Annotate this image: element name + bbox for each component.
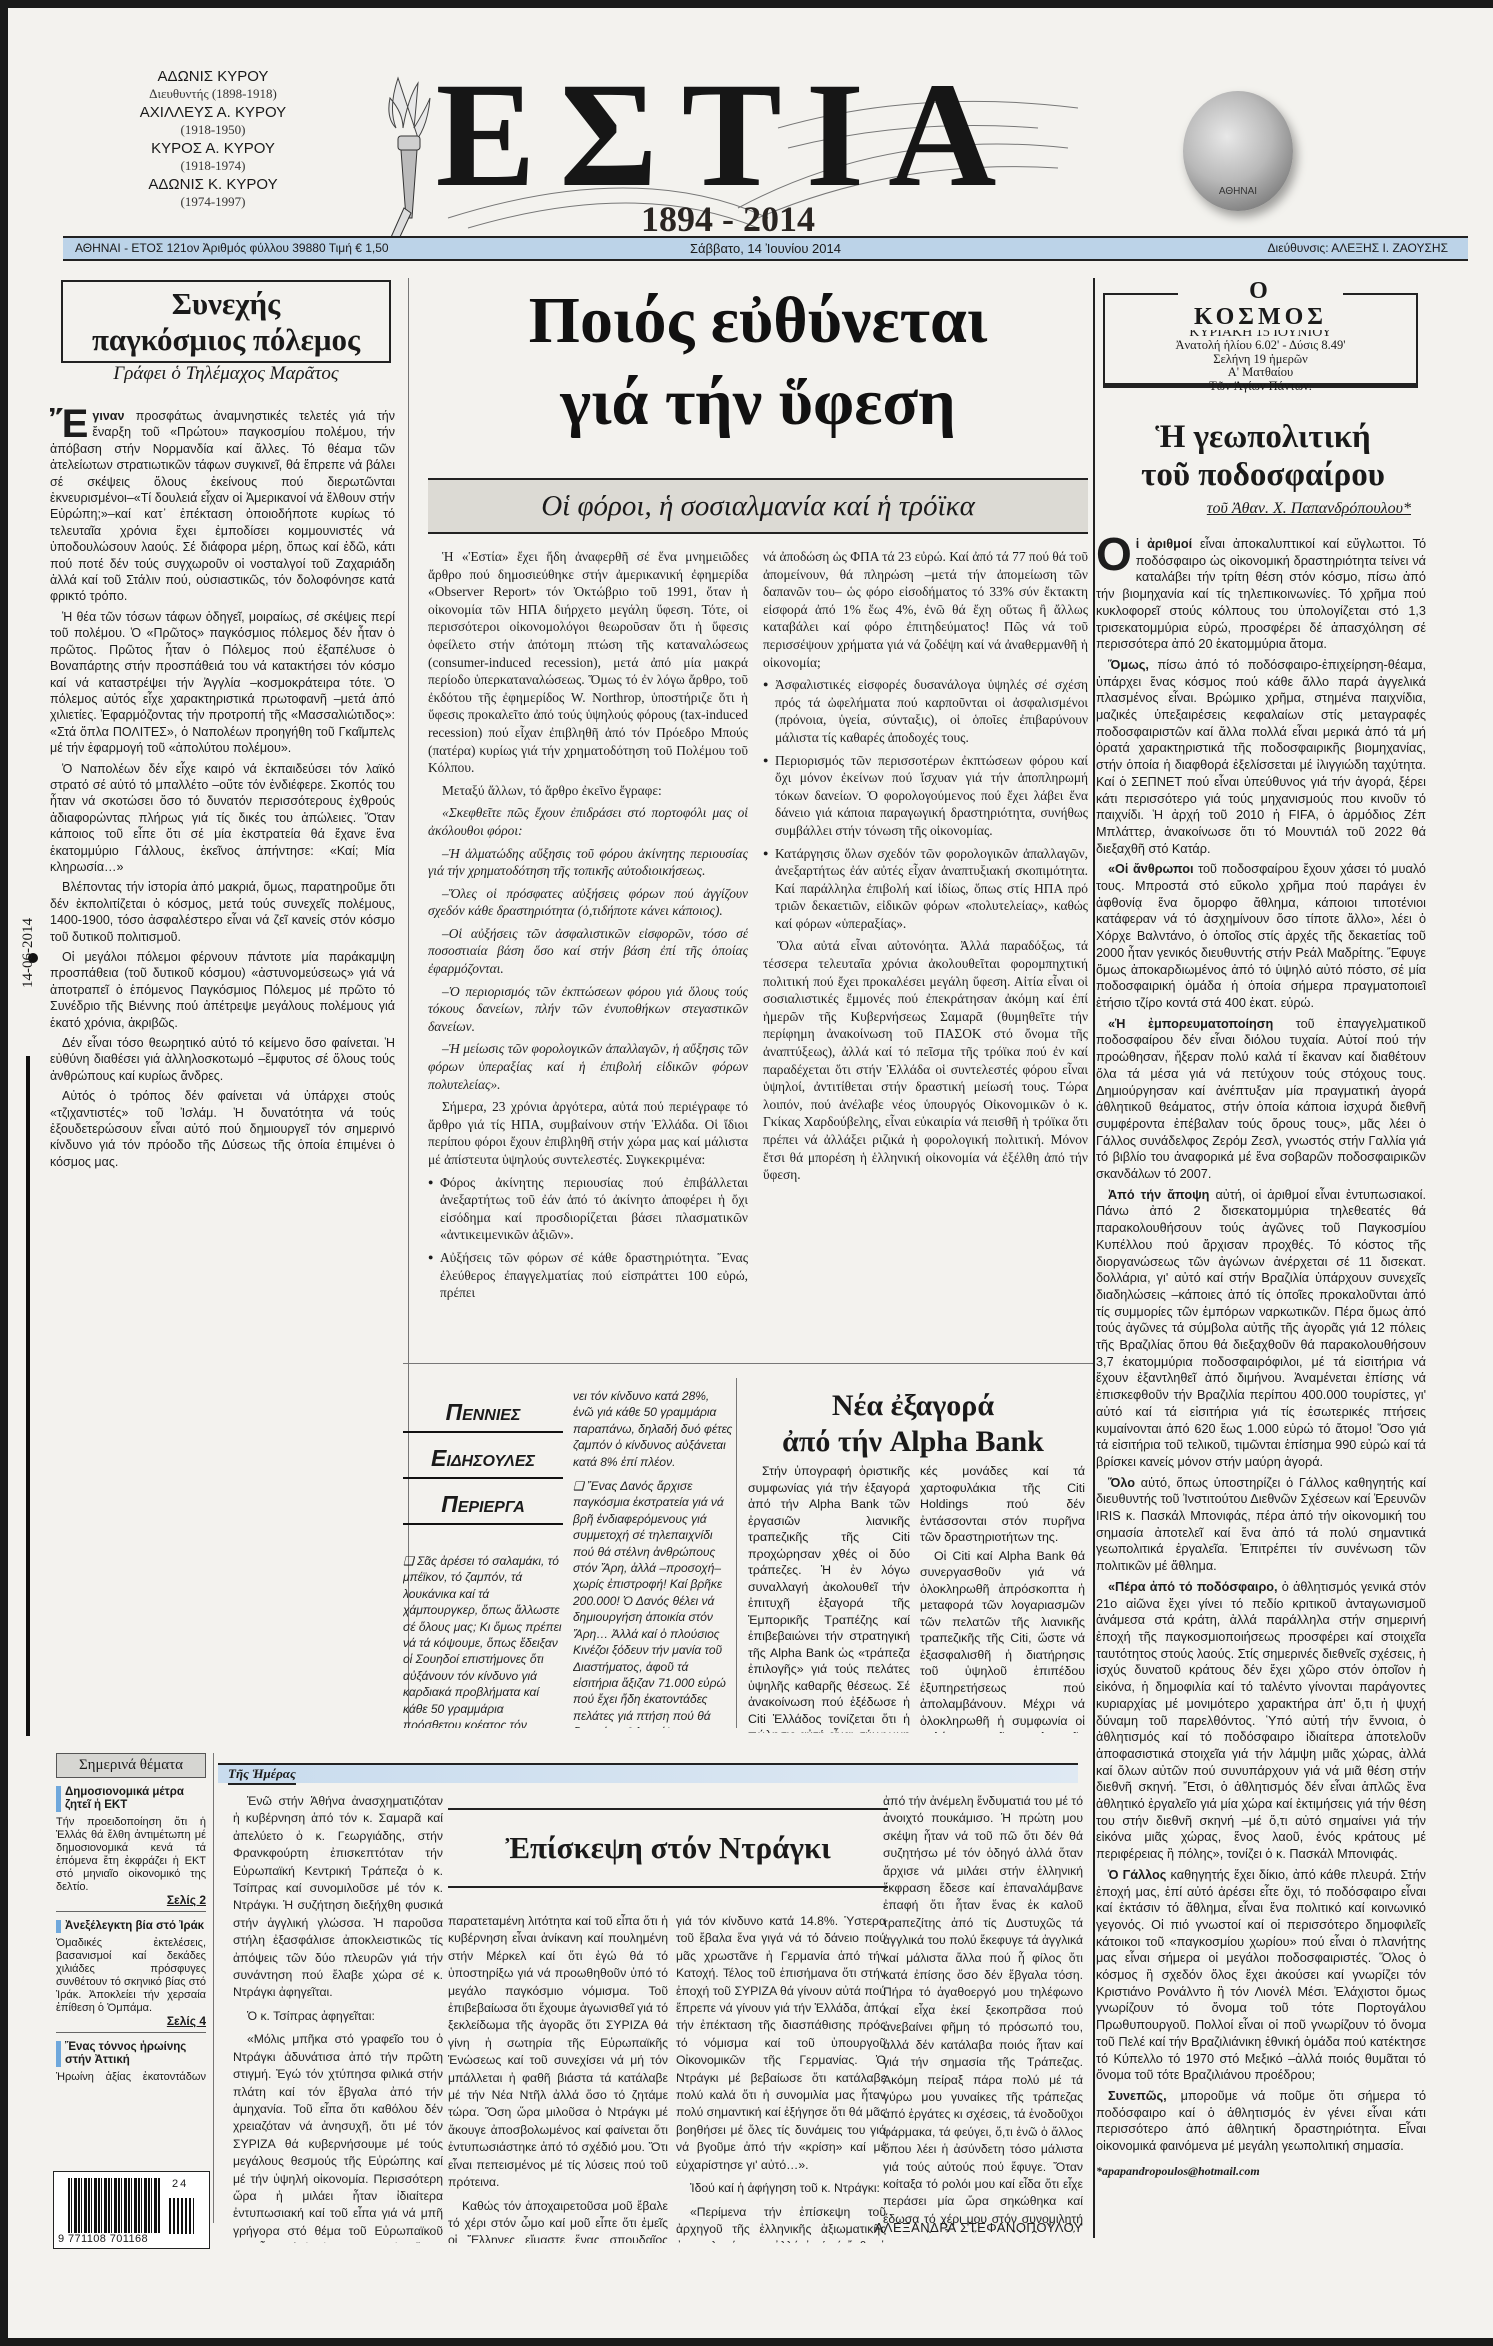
- of-the-day-label: Τῆς Ἡμέρας: [228, 1765, 296, 1785]
- section-divider: [403, 1363, 1093, 1364]
- founder-4: ΑΔΩΝΙΣ Κ. ΚΥΡΟΥ(1974-1997): [88, 176, 338, 210]
- topic-item[interactable]: Δημοσιονομικά μέτρα ζητεῖ ἡ ΕΚΤ Τήν προε…: [56, 1786, 206, 1912]
- director-name: Διεύθυνσις: ΑΛΕΞΗΣ Ι. ΖΑΟΥΣΗΣ: [1268, 238, 1448, 259]
- lead-subheadline: Οἱ φόροι, ἡ σοσιαλμανία καί ἡ τρόϊκα: [428, 478, 1088, 534]
- founder-1: ΑΔΩΝΙΣ ΚΥΡΟΥΔιευθυντής (1898-1918): [88, 68, 338, 102]
- visit-headline: Ἐπίσκεψη στόν Ντράγκι: [448, 1808, 888, 1888]
- column-divider: [1093, 278, 1095, 2238]
- barcode: 24 9 771108 701168: [53, 2171, 210, 2249]
- founder-3: ΚΥΡΟΣ Α. ΚΥΡΟΥ(1918-1974): [88, 140, 338, 174]
- editorial-byline: Γράφει ὁ Τηλέμαχος Μαρᾶτος: [61, 363, 391, 385]
- gossip-column-1: ❑ Σᾶς ἀρέσει τό σαλαμάκι, τό μπέϊκον, τό…: [403, 1553, 563, 1728]
- topic-item[interactable]: Ἀνεξέλεγκτη βία στό Ἰράκ Ὁμαδικές ἐκτελέ…: [56, 1920, 206, 2033]
- geopolitics-body: Οἱ ἀριθμοί εἶναι ἀποκαλυπτικοί καί εὔγλω…: [1096, 536, 1426, 2236]
- column-divider: [736, 1378, 737, 1728]
- kosmos-title: Ο ΚΟΣΜΟΣ: [1178, 278, 1343, 330]
- issue-info-bar: ΑΘΗΝΑΙ - ΕΤΟΣ 121ον Ἀριθμός φύλλου 39880…: [63, 236, 1468, 261]
- gossip-section-title: Πεννιες Ειδησουλες Περιεργα: [403, 1393, 563, 1531]
- topic-page-link[interactable]: Σελίς 2: [56, 1894, 206, 1907]
- barcode-bars-icon: [68, 2178, 160, 2233]
- topics-header: Σημερινά θέματα: [56, 1753, 206, 1778]
- lead-column-2: νά ἀποδώση ὡς ΦΠΑ τά 23 εὐρώ. Καί ἀπό τά…: [763, 548, 1088, 1338]
- todays-topics-box: Σημερινά θέματα Δημοσιονομικά μέτρα ζητε…: [56, 1753, 206, 2083]
- newspaper-front-page: ΑΔΩΝΙΣ ΚΥΡΟΥΔιευθυντής (1898-1918) ΑΧΙΛΛ…: [8, 8, 1493, 2338]
- alpha-bank-column-1: Στήν ὑπογραφή ὁριστικῆς συμφωνίας γιά τή…: [748, 1463, 910, 1733]
- author-email: *apapandropoulos@hotmail.com: [1096, 2163, 1426, 2180]
- of-the-day-column-3: γιά τόν κίνδυνο κατά 14.8%. Ὑστερα τοῦ ἔ…: [676, 1913, 886, 2243]
- author-signature: ΑΛΕΞΑΝΔΡΑ ΣΤΕΦΑΝΟΠΟΥΛΟΥ: [813, 2220, 1083, 2235]
- founder-2: ΑΧΙΛΛΕΥΣ Α. ΚΥΡΟΥ(1918-1950): [88, 104, 338, 138]
- of-the-day-column-1: Ἐνῶ στήν Ἀθήνα ἀνασχηματιζόταν ἡ κυβέρνη…: [233, 1793, 443, 2243]
- geopolitics-byline: τοῦ Ἀθαν. Χ. Παπανδρόπουλου*: [1103, 500, 1423, 518]
- founders-list: ΑΔΩΝΙΣ ΚΥΡΟΥΔιευθυντής (1898-1918) ΑΧΙΛΛ…: [88, 68, 338, 210]
- issue-date: Σάββατο, 14 Ἰουνίου 2014: [63, 238, 1468, 259]
- side-rule: [26, 1056, 30, 1736]
- coin-emblem-icon: ΑΘΗΝΑΙ: [1183, 91, 1293, 211]
- barcode-addon-bars-icon: [169, 2198, 194, 2234]
- dropcap: Ο: [1096, 536, 1132, 572]
- gossip-column-2: νει τόν κίνδυνο κατά 28%, ἐνῶ γιά κάθε 5…: [573, 1388, 733, 1728]
- lead-headline: Ποιός εὐθύνεται γιά τήν ὕφεση: [428, 280, 1088, 444]
- topic-item[interactable]: Ἕνας τόννος ἡρωίνης στήν Ἀττική Ἡρωίνη ἀ…: [56, 2041, 206, 2083]
- side-date: 14-06-2014: [20, 918, 37, 988]
- masthead-years: 1894 - 2014: [408, 198, 1048, 240]
- topic-page-link[interactable]: Σελίς 4: [56, 2015, 206, 2028]
- masthead-title: ΕΣΤΙΑ: [408, 70, 1048, 200]
- editorial-title: Συνεχήςπαγκόσμιος πόλεμος: [63, 286, 389, 358]
- of-the-day-bar: Τῆς Ἡμέρας: [218, 1763, 1078, 1783]
- column-divider: [213, 1753, 214, 2223]
- editorial-title-box: Συνεχήςπαγκόσμιος πόλεμος: [61, 280, 391, 365]
- geopolitics-headline: Ἡ γεωπολιτική τοῦ ποδοσφαίρου: [1103, 418, 1423, 494]
- lead-column-1: Ἡ «Ἑστία» ἔχει ἤδη ἀναφερθῆ σέ ἕνα μνημε…: [428, 548, 748, 1338]
- alpha-bank-column-2: κές μονάδες καί τά χαρτοφυλάκια τῆς Citi…: [920, 1463, 1085, 1733]
- dropcap: Ἔ: [50, 408, 88, 440]
- editorial-body: Ἔγιναν προσφάτως ἀναμνηστικές τελετές γι…: [50, 408, 395, 1728]
- alpha-bank-headline: Νέα ἐξαγορά ἀπό τήν Alpha Bank: [738, 1388, 1088, 1460]
- of-the-day-column-4: ἀπό τήν ἀνέμελη ἔνδυματιά του μέ τό ἀνοι…: [883, 1793, 1083, 2233]
- of-the-day-column-2: παρατεταμένη λιτότητα καί τοῦ εἶπα ὅτι ἡ…: [448, 1913, 668, 2243]
